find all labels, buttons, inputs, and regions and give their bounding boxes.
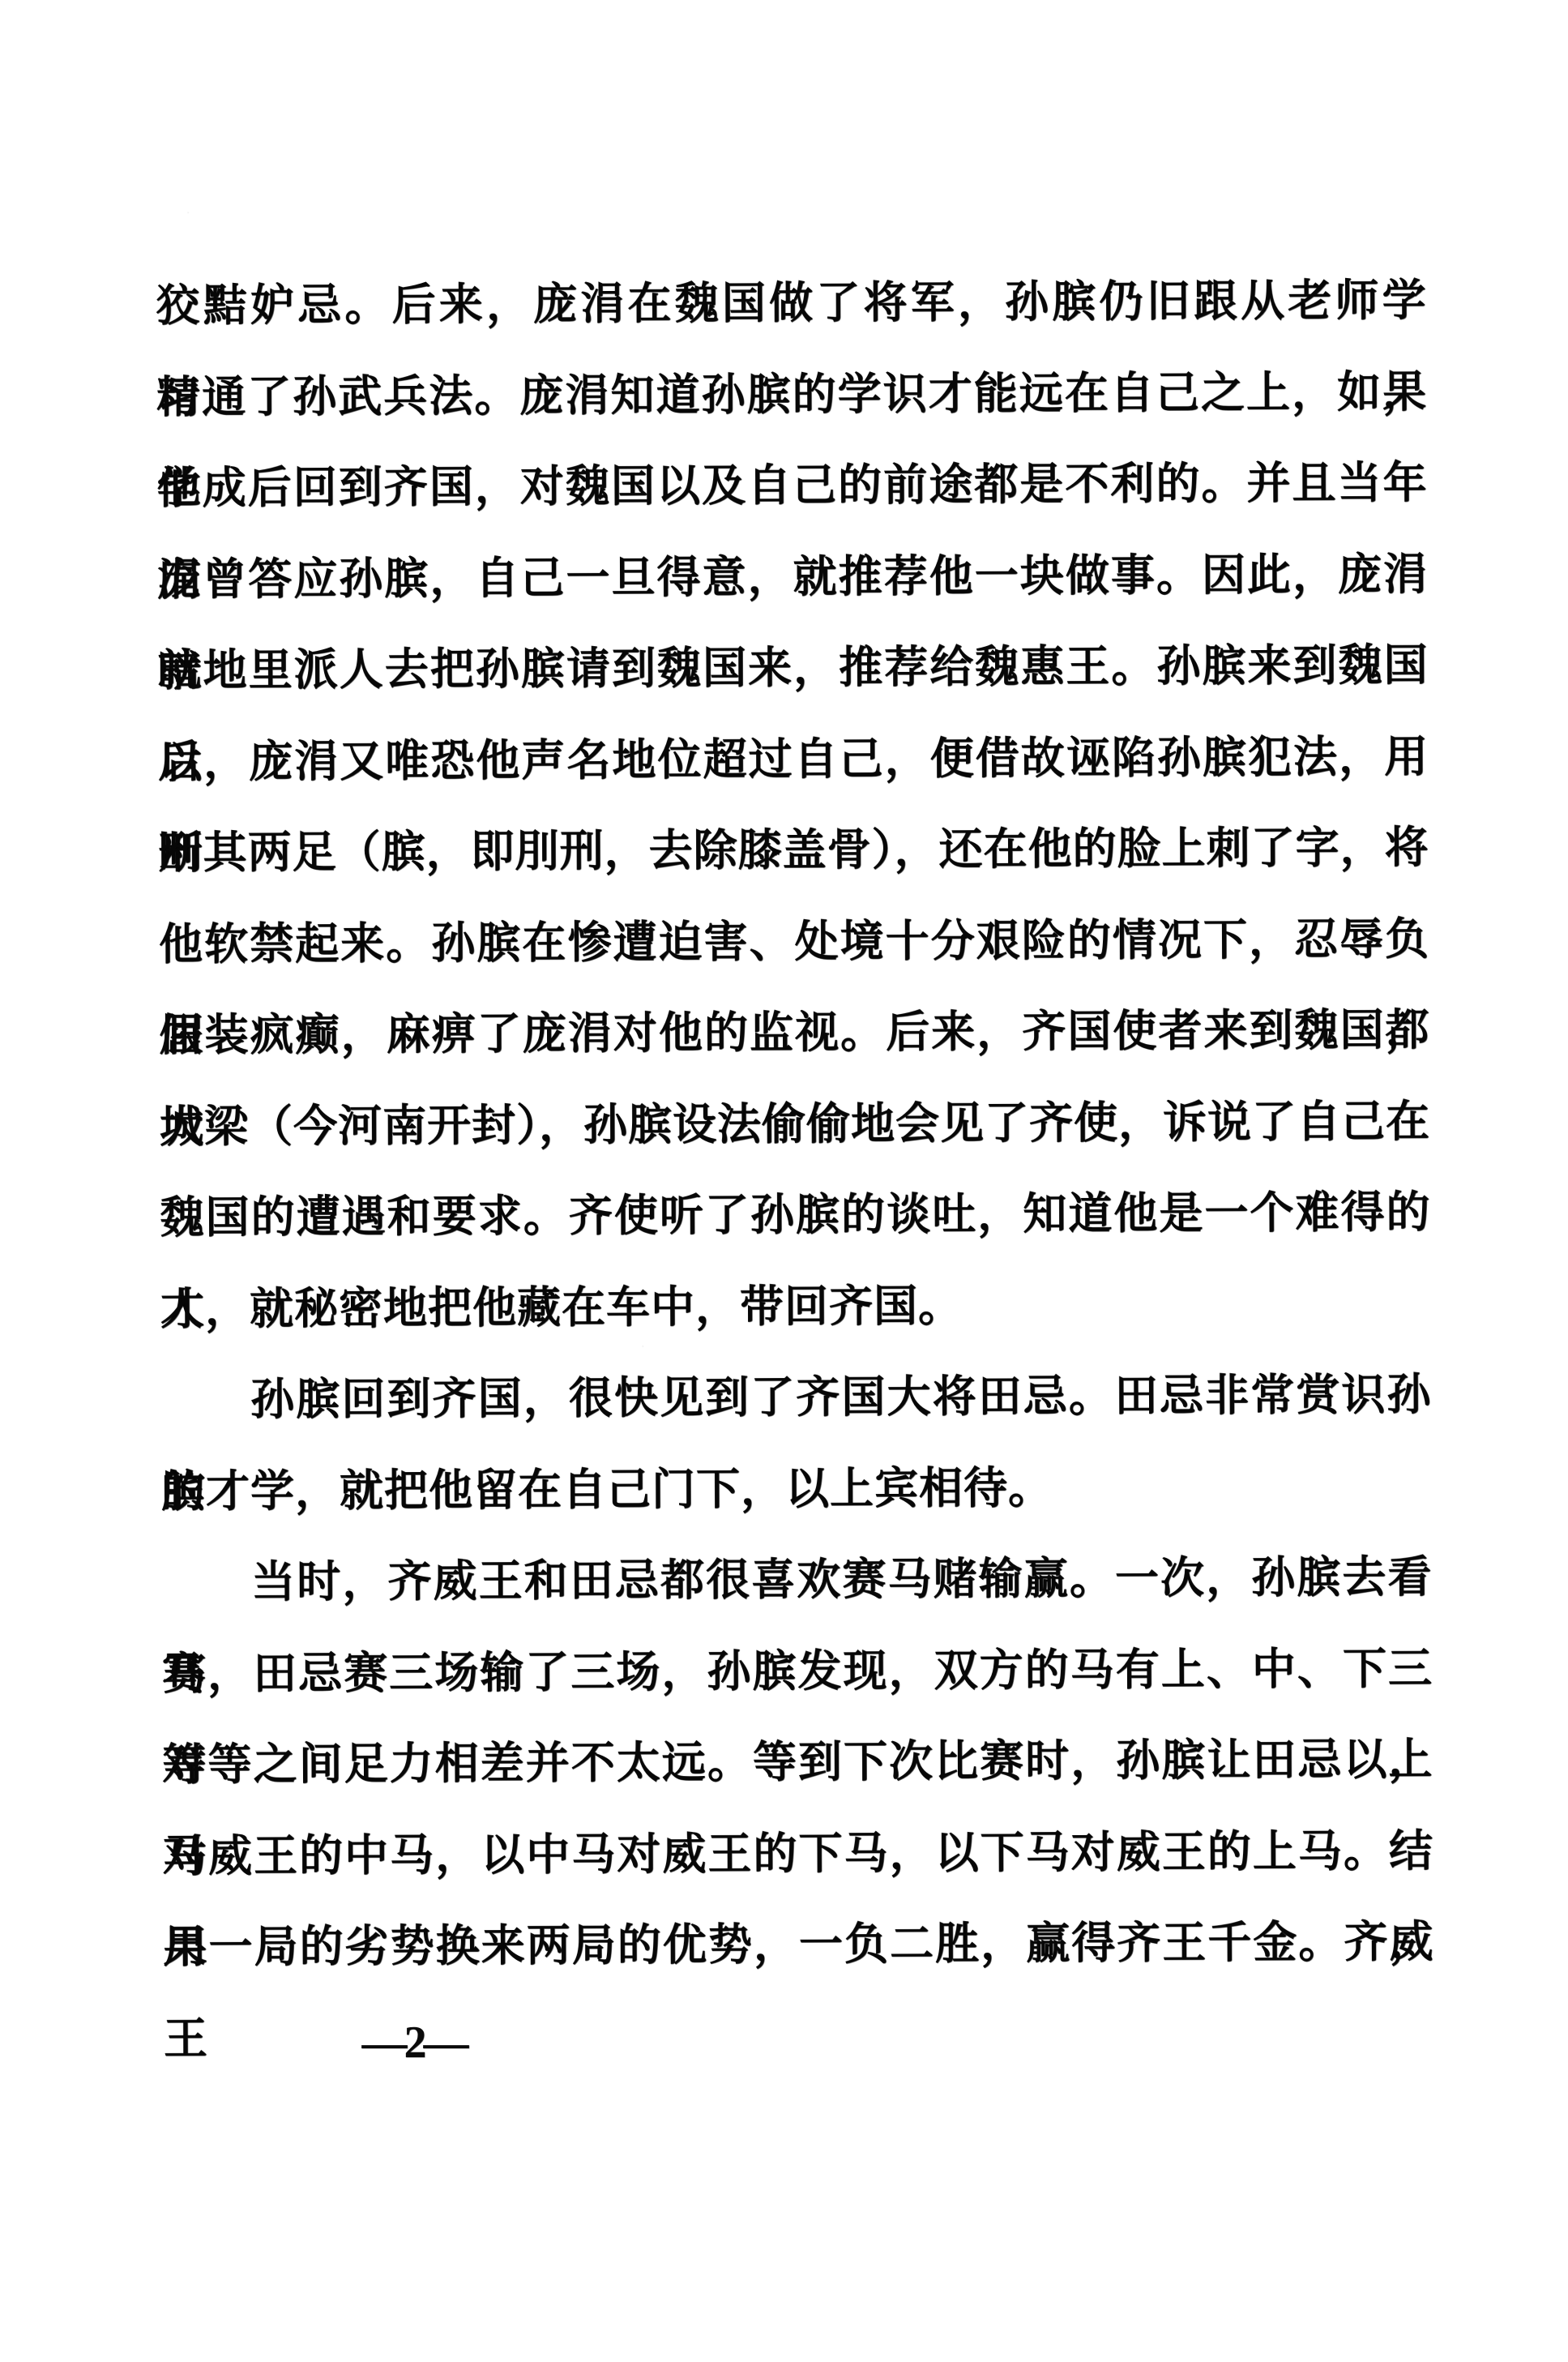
text-line: 涓曾答应孙膑，自己一旦得意，就推荐他一块做事。因此，庞涓就 bbox=[157, 528, 1428, 625]
scanned-book-page: 狡黠妒忌。后来，庞涓在魏国做了将军，孙膑仍旧跟从老师学习， 精通了孙武兵法。庞涓… bbox=[0, 0, 1568, 2362]
text-line paragraph-start: 孙膑回到齐国，很快见到了齐国大将田忌。田忌非常赏识孙膑 bbox=[160, 1350, 1431, 1446]
text-line: 用一局的劣势换来两局的优势，一负二胜，赢得齐王千金。齐威王 bbox=[163, 1897, 1433, 1993]
page-number: —2— bbox=[339, 2017, 489, 2069]
text-line: 对等之间足力相差并不太远。等到下次比赛时，孙膑让田忌以上马 bbox=[162, 1714, 1433, 1811]
text-line: 魏国的遭遇和要求。齐使听了孙膑的谈吐，知道他是一个难得的人 bbox=[160, 1167, 1430, 1264]
text-line: 对威王的中马，以中马对威王的下马，以下马对威王的上马。结果， bbox=[163, 1805, 1433, 1902]
text-line: 大梁（今河南开封），孙膑设法偷偷地会见了齐使，诉说了自己在 bbox=[160, 1076, 1430, 1172]
text-line paragraph-end: 的才学，就把他留在自己门下，以上宾相待。 bbox=[161, 1440, 1432, 1537]
text-line: 后，庞涓又唯恐他声名地位超过自己，便借故诬陷孙膑犯法，用刑 bbox=[158, 711, 1429, 807]
text-line: 断其两足（膑，即刖刑，去除膝盖骨），还在他的脸上刺了字，将 bbox=[158, 802, 1429, 899]
text-line: 学成后回到齐国，对魏国以及自己的前途都是不利的。并且当年庞 bbox=[156, 438, 1427, 534]
body-text: 狡黠妒忌。后来，庞涓在魏国做了将军，孙膑仍旧跟从老师学习， 精通了孙武兵法。庞涓… bbox=[156, 255, 1433, 1993]
text-line: 暗地里派人去把孙膑请到魏国来，推荐给魏惠王。孙膑来到魏国以 bbox=[157, 620, 1428, 717]
text-line: 精通了孙武兵法。庞涓知道孙膑的学识才能远在自己之上，如果他 bbox=[156, 346, 1427, 443]
text-line paragraph-start: 当时，齐威王和田忌都很喜欢赛马赌输赢。一次，孙膑去看赛 bbox=[161, 1532, 1432, 1628]
text-line: 狡黠妒忌。后来，庞涓在魏国做了将军，孙膑仍旧跟从老师学习， bbox=[156, 255, 1426, 352]
text-line: 假装疯癫，麻痹了庞涓对他的监视。后来，齐国使者来到魏国都城 bbox=[159, 985, 1429, 1081]
text-line: 他软禁起来。孙膑在惨遭迫害、处境十分艰险的情况下，忍辱负屈， bbox=[159, 893, 1429, 990]
text-line: 马，田忌赛三场输了三场，孙膑发现，双方的马有上、中、下三等， bbox=[162, 1623, 1433, 1719]
text-line paragraph-end: 才，就秘密地把他藏在车中，带回齐国。 bbox=[160, 1258, 1431, 1354]
